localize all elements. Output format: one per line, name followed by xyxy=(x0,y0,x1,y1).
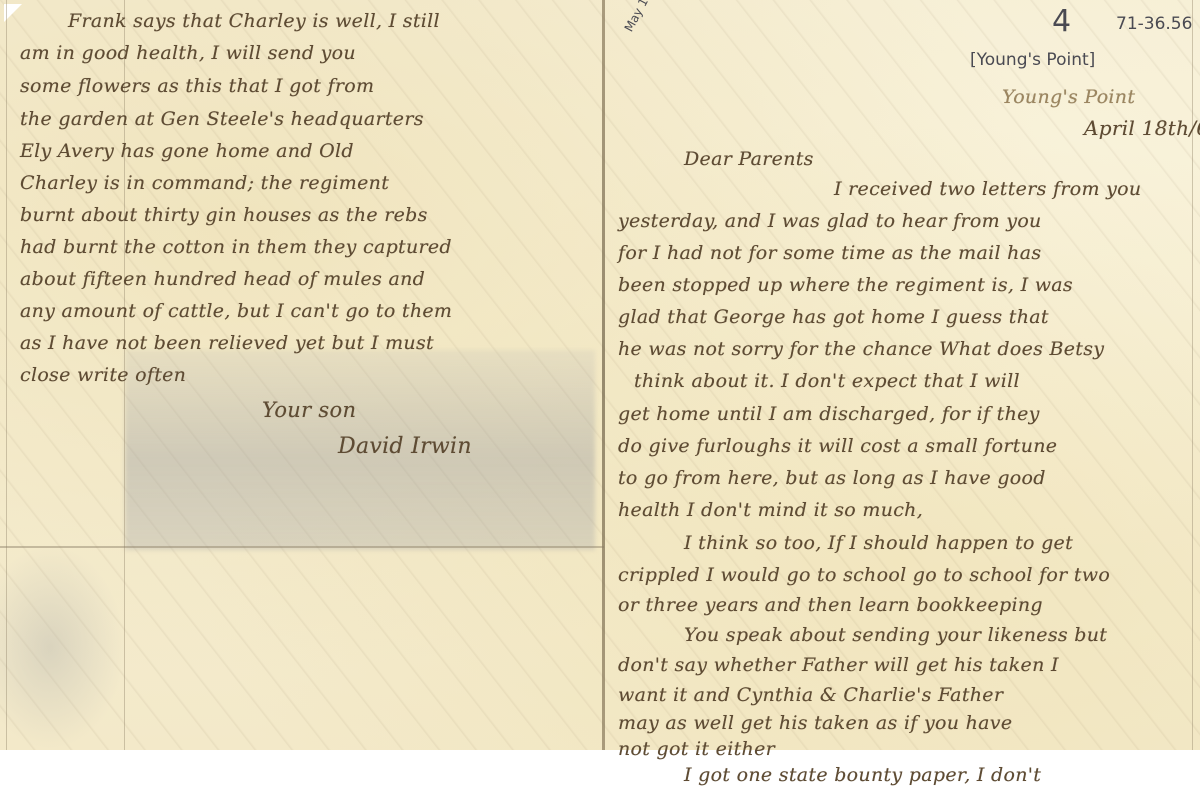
right-line-9: do give furloughs it will cost a small f… xyxy=(618,435,1057,457)
left-line-4: the garden at Gen Steele's headquarters xyxy=(20,108,424,130)
left-line-8: had burnt the cotton in them they captur… xyxy=(20,236,452,258)
left-line-2: am in good health, I will send you xyxy=(20,42,356,64)
right-line-8: get home until I am discharged, for if t… xyxy=(618,403,1040,425)
right-line-15: You speak about sending your likeness bu… xyxy=(684,624,1107,646)
signature: David Irwin xyxy=(338,434,472,459)
left-line-9: about fifteen hundred head of mules and xyxy=(20,268,425,290)
salutation: Dear Parents xyxy=(684,148,814,170)
left-line-11: as I have not been relieved yet but I mu… xyxy=(20,332,434,354)
page-number: 4 xyxy=(1052,4,1071,39)
left-line-12: close write often xyxy=(20,364,186,386)
right-line-12: I think so too, If I should happen to ge… xyxy=(684,532,1073,554)
letter-place: Young's Point xyxy=(1002,86,1135,108)
right-line-2: yesterday, and I was glad to hear from y… xyxy=(618,210,1042,232)
right-line-18: may as well get his taken as if you have xyxy=(618,712,1012,734)
closing: Your son xyxy=(262,398,356,422)
right-line-1: I received two letters from you xyxy=(834,178,1141,200)
right-line-10: to go from here, but as long as I have g… xyxy=(618,467,1046,489)
left-line-5: Ely Avery has gone home and Old xyxy=(20,140,354,162)
letter-scan: Frank says that Charley is well, I still… xyxy=(0,0,1200,750)
left-page: Frank says that Charley is well, I still… xyxy=(0,0,604,750)
right-line-3: for I had not for some time as the mail … xyxy=(618,242,1041,264)
date-range-note: May 18 - July 4 xyxy=(622,0,676,34)
left-line-10: any amount of cattle, but I can't go to … xyxy=(20,300,452,322)
right-line-17: want it and Cynthia & Charlie's Father xyxy=(618,684,1003,706)
right-line-13: crippled I would go to school go to scho… xyxy=(618,564,1110,586)
right-line-19: not got it either xyxy=(618,738,775,750)
right-line-16: don't say whether Father will get his ta… xyxy=(618,654,1059,676)
right-line-5: glad that George has got home I guess th… xyxy=(618,306,1049,328)
left-line-7: burnt about thirty gin houses as the reb… xyxy=(20,204,428,226)
right-line-7: think about it. I don't expect that I wi… xyxy=(634,370,1020,392)
left-line-6: Charley is in command; the regiment xyxy=(20,172,389,194)
right-page: May 18 - July 4 4 71-36.56 [Young's Poin… xyxy=(604,0,1200,750)
right-line-4: been stopped up where the regiment is, I… xyxy=(618,274,1073,296)
catalog-number: 71-36.56 xyxy=(1116,14,1192,34)
right-line-11: health I don't mind it so much, xyxy=(618,499,923,521)
location-note: [Young's Point] xyxy=(970,50,1095,70)
left-line-3: some flowers as this that I got from xyxy=(20,75,374,97)
letter-date: April 18th/63 xyxy=(1084,116,1200,140)
right-line-14: or three years and then learn bookkeepin… xyxy=(618,594,1043,616)
left-line-1: Frank says that Charley is well, I still xyxy=(68,10,440,32)
right-line-6: he was not sorry for the chance What doe… xyxy=(618,338,1104,360)
